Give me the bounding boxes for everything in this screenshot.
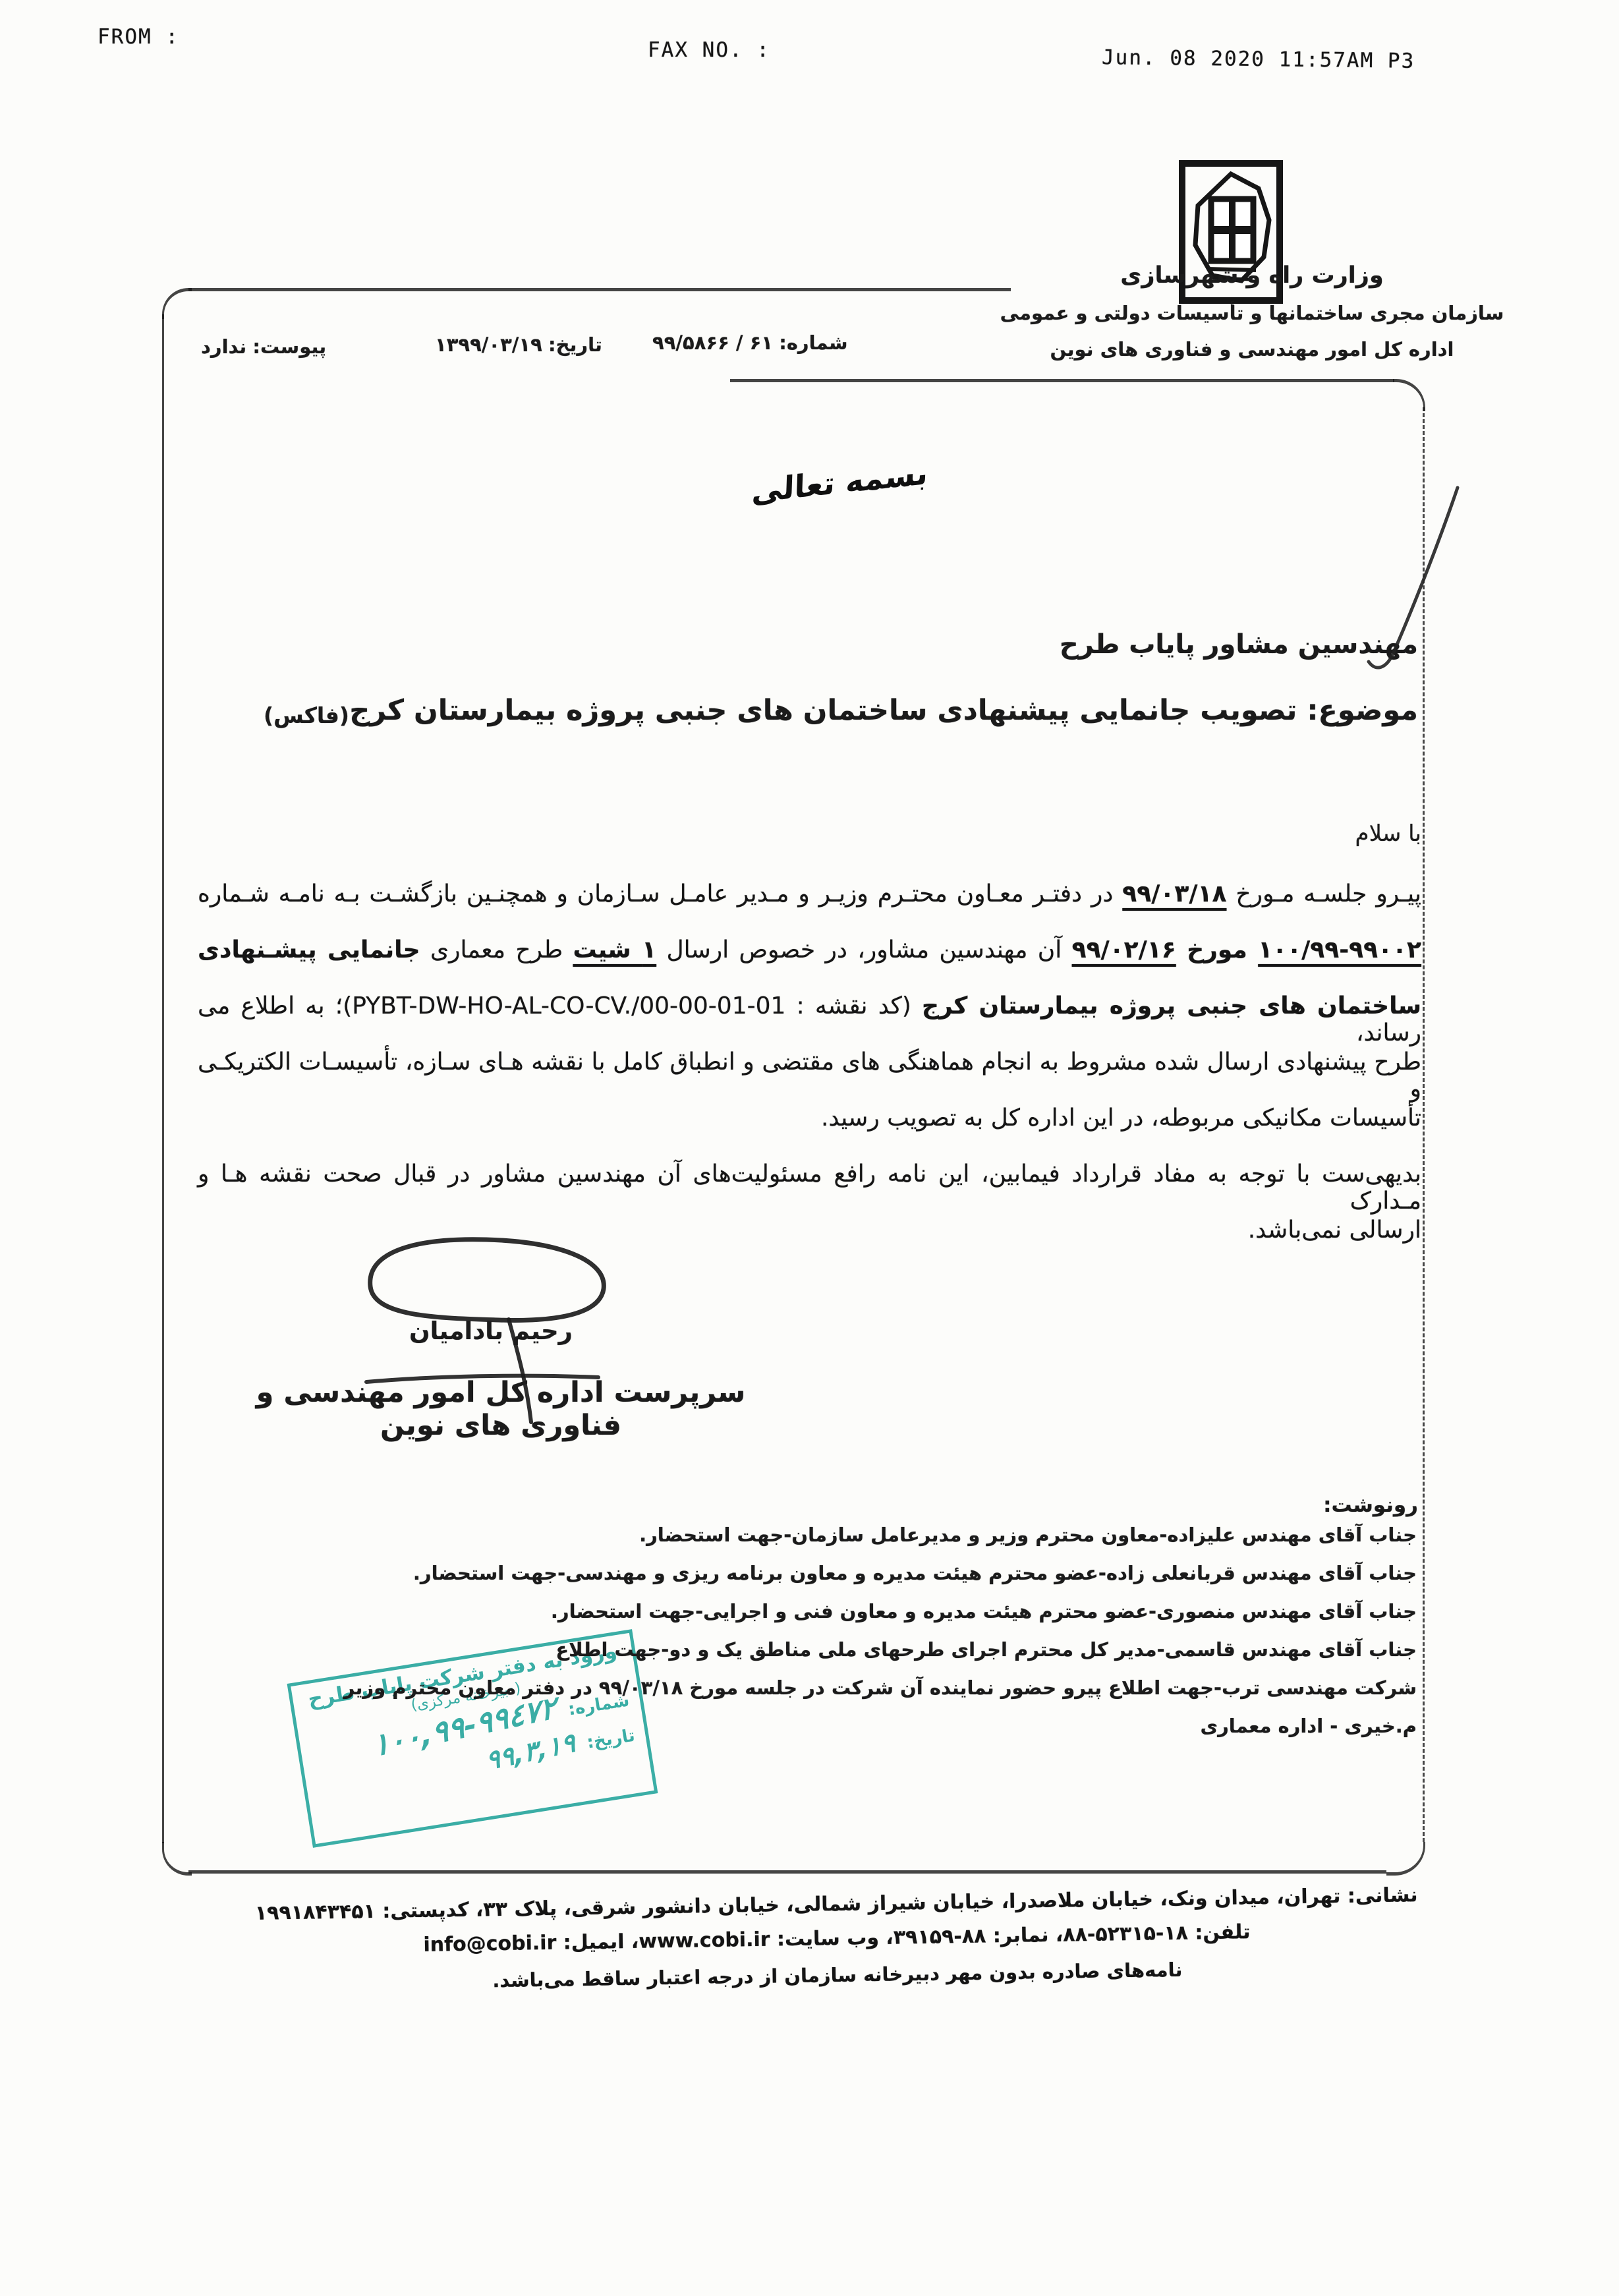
footer-contact: تلفن: ۱۸-۵۲۳۱۵-۸۸، نمابر: ۸۸-۳۹۱۵۹، وب س… bbox=[191, 1917, 1483, 1961]
body-segment: PYBT-DW-HO-AL-CO-CV./00-00-01-01 bbox=[352, 992, 785, 1019]
body-line: بدیهی‌ست با توجه به مفاد قرارداد فیمابین… bbox=[198, 1161, 1421, 1217]
letter-footer: نشانی: تهران، میدان ونک، خیابان ملاصدرا،… bbox=[190, 1883, 1483, 1997]
ministry-name: وزارت راه و شهرسازی bbox=[975, 262, 1529, 289]
besmellah-calligraphy: بسمه تعالی bbox=[751, 455, 928, 511]
body-segment: طرح معماری bbox=[420, 936, 573, 963]
frame-left-border bbox=[162, 314, 164, 1843]
body-segment: ۹۹/۰۲/۱۶ bbox=[1072, 936, 1176, 963]
body-segment: در دفتـر معـاون محتـرم وزیـر و مـدیر عام… bbox=[198, 880, 1122, 907]
frame-corner-bottom-left bbox=[162, 1842, 192, 1876]
body-segment: بدیهی‌ست با توجه به مفاد قرارداد فیمابین… bbox=[198, 1161, 1421, 1215]
subject-line: موضوع: تصویب جانمایی پیشنهادی ساختمان ها… bbox=[349, 694, 1418, 727]
fax-note: (فاکس) bbox=[264, 703, 349, 728]
date-label: تاریخ: bbox=[548, 333, 602, 356]
frame-top-rule-right bbox=[730, 379, 1394, 382]
cc-label: رونوشت: bbox=[1323, 1493, 1418, 1517]
body-segment: پیـرو جلسـه مـورخ bbox=[1226, 880, 1421, 907]
footer-validity-note: نامه‌های صادره بدون مهر دبیرخانه سازمان … bbox=[192, 1954, 1483, 1997]
cc-list: جناب آقای مهندس علیزاده-معاون محترم وزیر… bbox=[343, 1524, 1417, 1753]
cc-item: م.خیری - اداره معماری bbox=[343, 1715, 1417, 1753]
body-segment: ساختمان های جنبی پروژه بیمارستان کرج bbox=[922, 992, 1421, 1019]
organization-name: سازمان مجری ساختمانها و تأسیسات دولتی و … bbox=[975, 302, 1529, 324]
number-label: شماره: bbox=[779, 331, 847, 354]
body-segment: مورخ bbox=[1176, 936, 1258, 963]
body-segment: تأسیسات مکانیکی مربوطه، در این اداره کل … bbox=[821, 1105, 1421, 1132]
number-value: ۶۱ / ۹۹/۵۸۶۶ bbox=[652, 331, 773, 354]
frame-right-border bbox=[1423, 407, 1425, 1842]
field-date: تاریخ: ۱۳۹۹/۰۳/۱۹ bbox=[435, 333, 602, 356]
fax-from-label: FROM : bbox=[98, 25, 179, 49]
attachment-value: ندارد bbox=[201, 335, 246, 358]
salutation: با سلام bbox=[1355, 820, 1421, 847]
body-segment: ارسالی نمی‌باشد. bbox=[1248, 1217, 1421, 1244]
fax-timestamp: Jun. 08 2020 11:57AM P3 bbox=[1102, 45, 1415, 73]
body-line: ارسالی نمی‌باشد. bbox=[198, 1217, 1421, 1273]
cc-item: جناب آقای مهندس قاسمی-مدیر کل محترم اجرا… bbox=[343, 1638, 1417, 1677]
body-segment: آن مهندسین مشاور، در خصوص ارسال bbox=[656, 936, 1071, 963]
signatory-name: رحیم بادامیان bbox=[392, 1317, 590, 1345]
body-line: طرح پیشنهادی ارسال شده مشروط به انجام هم… bbox=[198, 1048, 1421, 1105]
frame-corner-top-right bbox=[1393, 379, 1425, 411]
field-attachment: پیوست: ندارد bbox=[201, 335, 326, 358]
body-segment: ۹۹/۰۳/۱۸ bbox=[1122, 880, 1226, 907]
field-number: شماره: ۶۱ / ۹۹/۵۸۶۶ bbox=[652, 331, 847, 354]
frame-corner-bottom-right bbox=[1386, 1842, 1425, 1876]
signatory-title: سرپرست اداره کل امور مهندسی و فناوری های… bbox=[231, 1376, 771, 1442]
cc-item: شرکت مهندسی ترب-جهت اطلاع پیرو حضور نمای… bbox=[343, 1677, 1417, 1715]
body-segment: ۱۰۰/۹۹-۹۹۰۰۲ bbox=[1258, 936, 1421, 963]
body-segment: جانمایی پیشـنهادی bbox=[198, 936, 420, 963]
cc-item: جناب آقای مهندس قربانعلی زاده-عضو محترم … bbox=[343, 1562, 1417, 1600]
department-name: اداره کل امور مهندسی و فناوری های نوین bbox=[975, 338, 1529, 360]
letterhead-block: وزارت راه و شهرسازی سازمان مجری ساختمانه… bbox=[975, 262, 1529, 360]
body-segment: ۱ شیت bbox=[573, 936, 656, 963]
body-segment: (کد نقشه : bbox=[785, 992, 922, 1019]
attachment-label: پیوست: bbox=[252, 335, 326, 358]
letter-body: پیـرو جلسـه مـورخ ۹۹/۰۳/۱۸ در دفتـر معـا… bbox=[198, 880, 1421, 1273]
cc-item: جناب آقای مهندس علیزاده-معاون محترم وزیر… bbox=[343, 1524, 1417, 1562]
recipient-line: مهندسین مشاور پایاب طرح bbox=[1060, 629, 1418, 660]
frame-top-rule-left bbox=[188, 288, 1011, 291]
date-value: ۱۳۹۹/۰۳/۱۹ bbox=[435, 333, 542, 356]
fax-scanned-letter-page: { "fax_header": { "from_label": "FROM :"… bbox=[0, 0, 1619, 2296]
body-line: ۱۰۰/۹۹-۹۹۰۰۲ مورخ ۹۹/۰۲/۱۶ آن مهندسین مش… bbox=[198, 936, 1421, 992]
frame-corner-top-left bbox=[162, 288, 192, 319]
body-line: تأسیسات مکانیکی مربوطه، در این اداره کل … bbox=[198, 1105, 1421, 1161]
body-segment: طرح پیشنهادی ارسال شده مشروط به انجام هم… bbox=[198, 1048, 1421, 1103]
fax-number-label: FAX NO. : bbox=[648, 38, 770, 62]
frame-bottom-border bbox=[188, 1870, 1386, 1874]
body-line: پیـرو جلسـه مـورخ ۹۹/۰۳/۱۸ در دفتـر معـا… bbox=[198, 880, 1421, 936]
cc-item: جناب آقای مهندس منصوری-عضو محترم هیئت مد… bbox=[343, 1600, 1417, 1638]
body-line: ساختمان های جنبی پروژه بیمارستان کرج (کد… bbox=[198, 992, 1421, 1048]
